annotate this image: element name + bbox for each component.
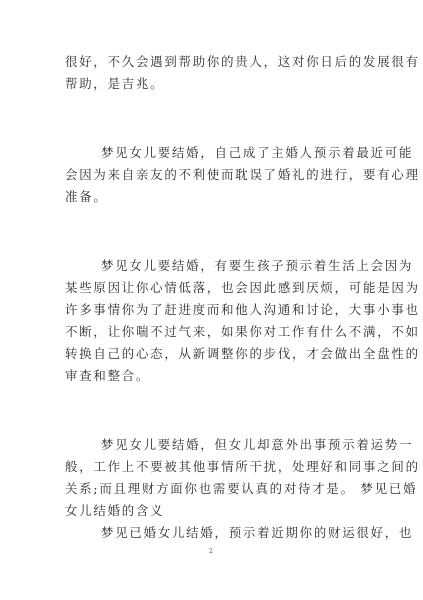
text-line: 梦见女儿要结婚，但女儿却意外出事预示着运势一 [101, 438, 413, 452]
text-line: 梦见女儿要结婚，自己成了主婚人预示着最近可能 [101, 146, 413, 160]
text-line: 关系;而且理财方面你也需要认真的对待才是。 梦见已婚 [65, 482, 417, 496]
text-line: 会因为来自亲友的不利使而耽误了婚礼的进行，要有心理 [65, 168, 420, 182]
text-line: 女儿结婚的含义 [65, 504, 164, 518]
text-line: 梦见已婚女儿结婚，预示着近期你的财运很好，也 [101, 526, 413, 540]
text-line: 审查和整合。 [65, 369, 150, 383]
text-line: 某些原因让你心情低落，也会因此感到厌烦，可能是因为 [65, 281, 420, 295]
text-line: 不断，让你喘不过气来，如果你对工作有什么不满，不如 [65, 325, 420, 339]
text-line: 转换自己的心态，从新调整你的步伐，才会做出全盘性的 [65, 347, 420, 361]
text-line: 准备。 [65, 190, 108, 204]
text-line: 梦见女儿要结婚，有要生孩子预示着生活上会因为 [101, 259, 413, 273]
text-line: 许多事情你为了赶进度而和他人沟通和讨论，大事小事也 [65, 303, 420, 317]
text-line: 很好，不久会遇到帮助你的贵人，这对你日后的发展很有 [65, 55, 420, 69]
text-line: 般，工作上不要被其他事情所干扰，处理好和同事之间的 [65, 460, 420, 474]
text-line: 帮助，是吉兆。 [65, 77, 164, 91]
page-number: 2 [209, 548, 213, 555]
